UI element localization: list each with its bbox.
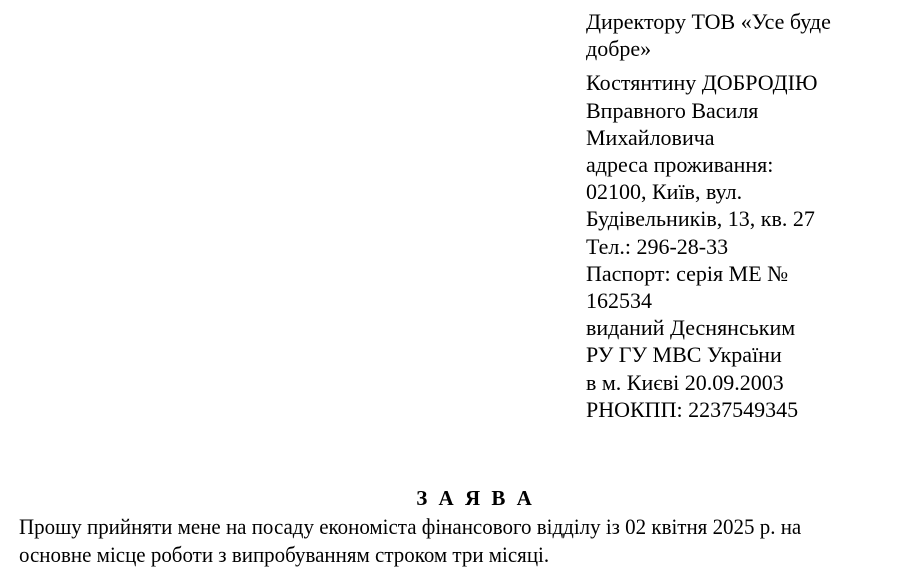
address-line: Будівельників, 13, кв. 27 xyxy=(586,205,916,232)
tax-id: РНОКПП: 2237549345 xyxy=(586,396,916,423)
applicant-details: Костянтину ДОБРОДІЮ Вправного Василя Мих… xyxy=(586,69,916,423)
document-body: Прошу прийняти мене на посаду економіста… xyxy=(19,513,923,568)
passport-issuer: виданий Деснянським xyxy=(586,314,916,341)
recipient: Директору ТОВ «Усе буде добре» xyxy=(586,8,916,62)
document-title: З А Я В А xyxy=(0,485,923,511)
address-label: адреса проживання: xyxy=(586,151,916,178)
recipient-line: Директору ТОВ «Усе буде xyxy=(586,8,916,35)
passport-issue-date: в м. Києві 20.09.2003 xyxy=(586,369,916,396)
passport-series: Паспорт: серія МЕ № xyxy=(586,260,916,287)
applicant-recipient-name: Костянтину ДОБРОДІЮ xyxy=(586,69,916,96)
addressee-block: Директору ТОВ «Усе буде добре» Костянтин… xyxy=(586,8,916,423)
passport-number: 162534 xyxy=(586,287,916,314)
passport-issuer: РУ ГУ МВС України xyxy=(586,341,916,368)
applicant-name: Вправного Василя xyxy=(586,97,916,124)
address-line: 02100, Київ, вул. xyxy=(586,178,916,205)
phone: Тел.: 296-28-33 xyxy=(586,233,916,260)
body-line: Прошу прийняти мене на посаду економіста… xyxy=(19,513,881,541)
body-line: основне місце роботи з випробуванням стр… xyxy=(19,541,881,569)
applicant-patronymic: Михайловича xyxy=(586,124,916,151)
recipient-line: добре» xyxy=(586,35,916,62)
